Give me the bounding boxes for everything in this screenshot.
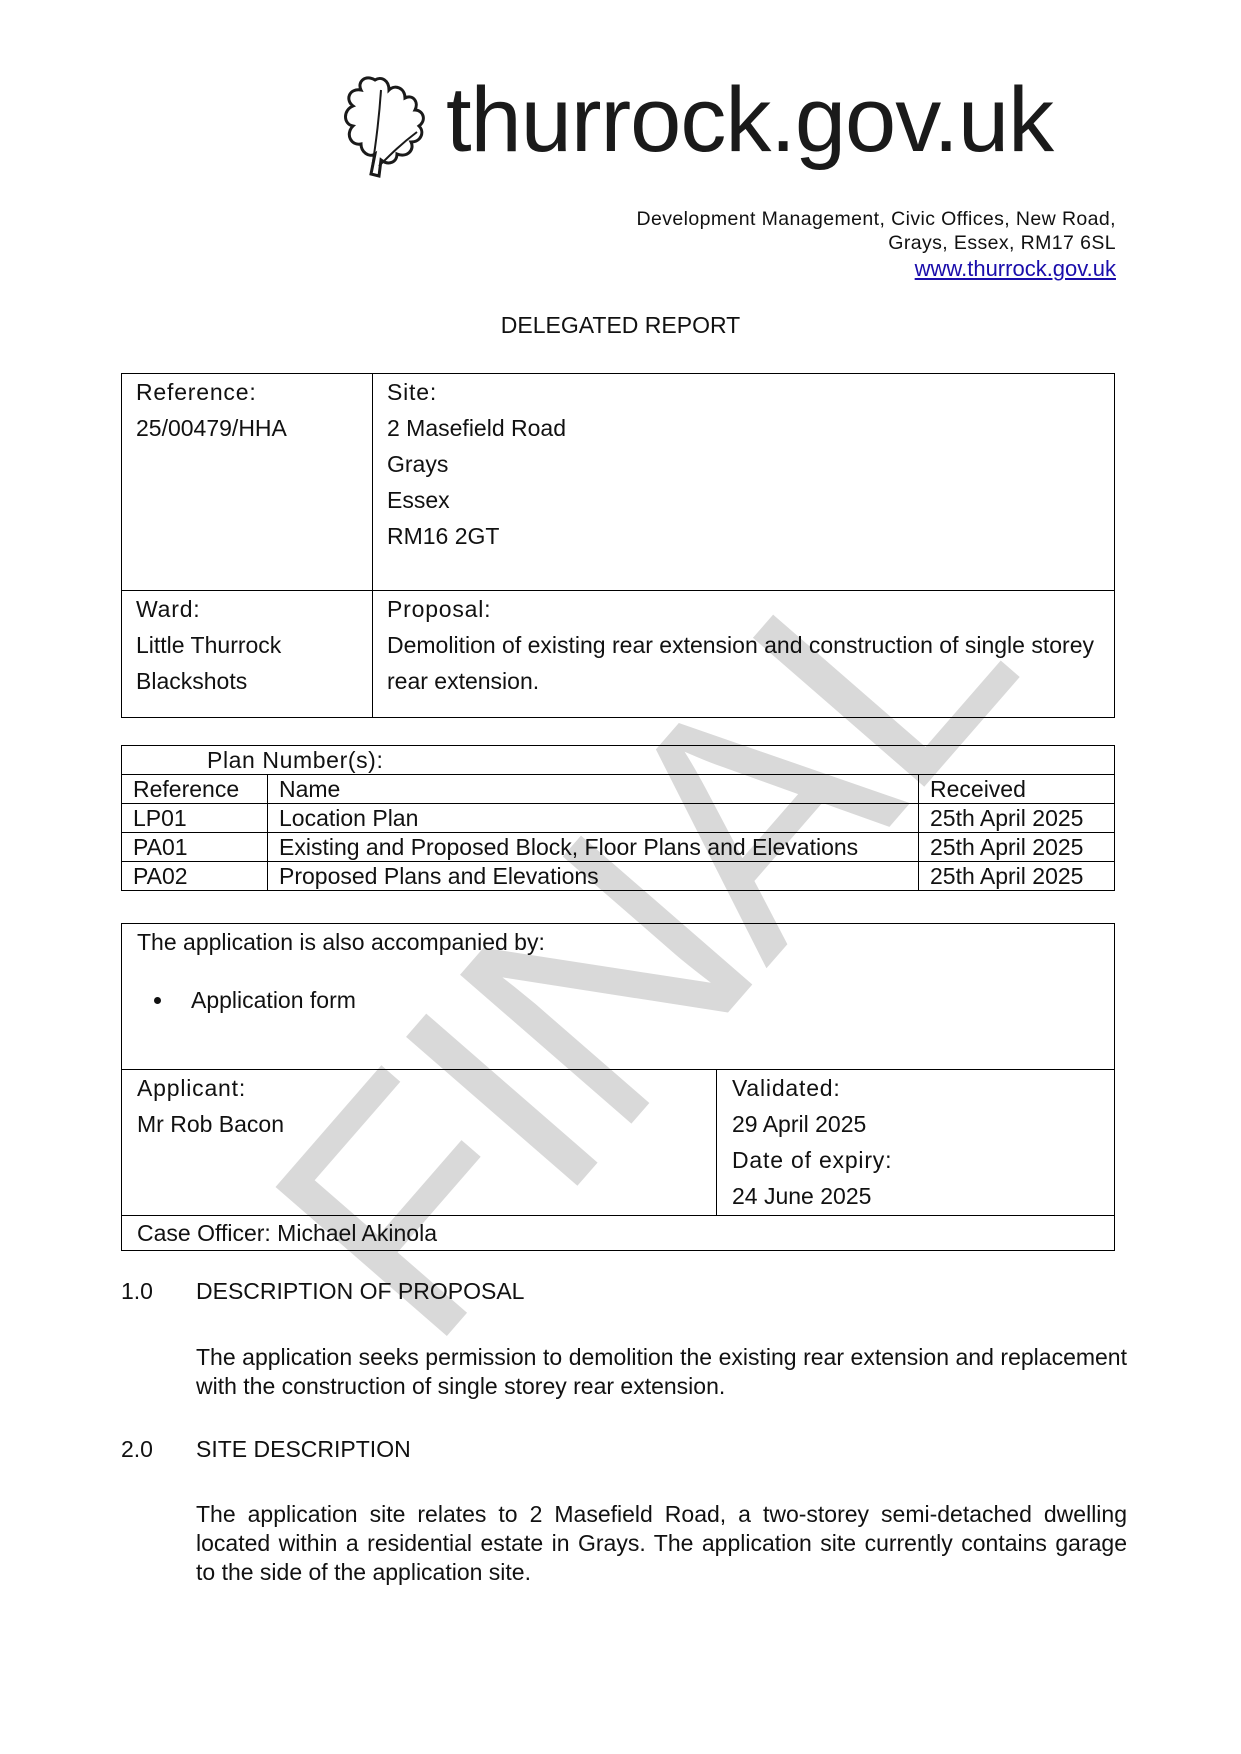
column-header: Name: [268, 775, 919, 804]
accompanied-cell: The application is also accompanied by: …: [122, 924, 1115, 1070]
plan-reference: PA01: [122, 833, 268, 862]
applicant-label: Applicant:: [137, 1070, 701, 1106]
plan-received: 25th April 2025: [919, 862, 1115, 891]
column-header: Received: [919, 775, 1115, 804]
table-row: LP01 Location Plan 25th April 2025: [122, 804, 1115, 833]
applicant-value: Mr Rob Bacon: [137, 1106, 701, 1142]
expiry-value: 24 June 2025: [732, 1178, 1099, 1214]
logo-text: thurrock.gov.uk: [446, 68, 1053, 173]
site-label: Site:: [387, 374, 1100, 410]
proposal-value: Demolition of existing rear extension an…: [387, 627, 1100, 699]
plan-name: Location Plan: [268, 804, 919, 833]
table-header-row: Reference Name Received: [122, 775, 1115, 804]
plan-numbers-table: Plan Number(s): Reference Name Received …: [121, 745, 1115, 891]
plan-numbers-title: Plan Number(s):: [122, 746, 1115, 775]
plan-received: 25th April 2025: [919, 804, 1115, 833]
plan-reference: LP01: [122, 804, 268, 833]
case-officer: Case Officer: Michael Akinola: [122, 1216, 1115, 1251]
plan-received: 25th April 2025: [919, 833, 1115, 862]
list-item: Application form: [175, 982, 1099, 1018]
reference-label: Reference:: [136, 374, 358, 410]
table-row: PA01 Existing and Proposed Block, Floor …: [122, 833, 1115, 862]
column-header: Reference: [122, 775, 268, 804]
report-title: DELEGATED REPORT: [0, 312, 1241, 339]
plan-name: Proposed Plans and Elevations: [268, 862, 919, 891]
ward-cell: Ward: Little Thurrock Blackshots: [122, 591, 373, 718]
plan-reference: PA02: [122, 862, 268, 891]
section-body-2: The application site relates to 2 Masefi…: [196, 1500, 1127, 1587]
accompanied-list: Application form: [137, 982, 1099, 1018]
section-number: 1.0: [121, 1278, 153, 1305]
expiry-label: Date of expiry:: [732, 1142, 1099, 1178]
document-page: FINAL thurrock.gov.uk Development Manage…: [0, 0, 1241, 1754]
validated-value: 29 April 2025: [732, 1106, 1099, 1142]
ward-line: Blackshots: [136, 663, 358, 699]
accompanied-intro: The application is also accompanied by:: [137, 924, 1099, 960]
reference-value: 25/00479/HHA: [136, 410, 358, 446]
oak-leaf-icon: [335, 70, 440, 182]
dates-cell: Validated: 29 April 2025 Date of expiry:…: [717, 1070, 1115, 1216]
site-cell: Site: 2 Masefield Road Grays Essex RM16 …: [373, 374, 1115, 591]
proposal-label: Proposal:: [387, 591, 1100, 627]
site-line: 2 Masefield Road: [387, 410, 1100, 446]
section-title: SITE DESCRIPTION: [196, 1436, 411, 1463]
reference-cell: Reference: 25/00479/HHA: [122, 374, 373, 591]
ward-line: Little Thurrock: [136, 627, 358, 663]
ward-label: Ward:: [136, 591, 358, 627]
thurrock-logo: thurrock.gov.uk: [335, 68, 1053, 183]
section-body-1: The application seeks permission to demo…: [196, 1343, 1127, 1401]
address-line-2: Grays, Essex, RM17 6SL: [637, 231, 1116, 255]
validated-label: Validated:: [732, 1070, 1099, 1106]
section-number: 2.0: [121, 1436, 153, 1463]
applicant-cell: Applicant: Mr Rob Bacon: [122, 1070, 717, 1216]
website-link[interactable]: www.thurrock.gov.uk: [915, 257, 1116, 281]
table-row: PA02 Proposed Plans and Elevations 25th …: [122, 862, 1115, 891]
site-line: Essex: [387, 482, 1100, 518]
site-line: RM16 2GT: [387, 518, 1100, 554]
summary-table: Reference: 25/00479/HHA Site: 2 Masefiel…: [121, 373, 1115, 718]
site-line: Grays: [387, 446, 1100, 482]
plan-name: Existing and Proposed Block, Floor Plans…: [268, 833, 919, 862]
address-line-1: Development Management, Civic Offices, N…: [637, 207, 1116, 231]
section-title: DESCRIPTION OF PROPOSAL: [196, 1278, 524, 1305]
proposal-cell: Proposal: Demolition of existing rear ex…: [373, 591, 1115, 718]
application-details-table: The application is also accompanied by: …: [121, 923, 1115, 1251]
council-address: Development Management, Civic Offices, N…: [637, 207, 1116, 282]
